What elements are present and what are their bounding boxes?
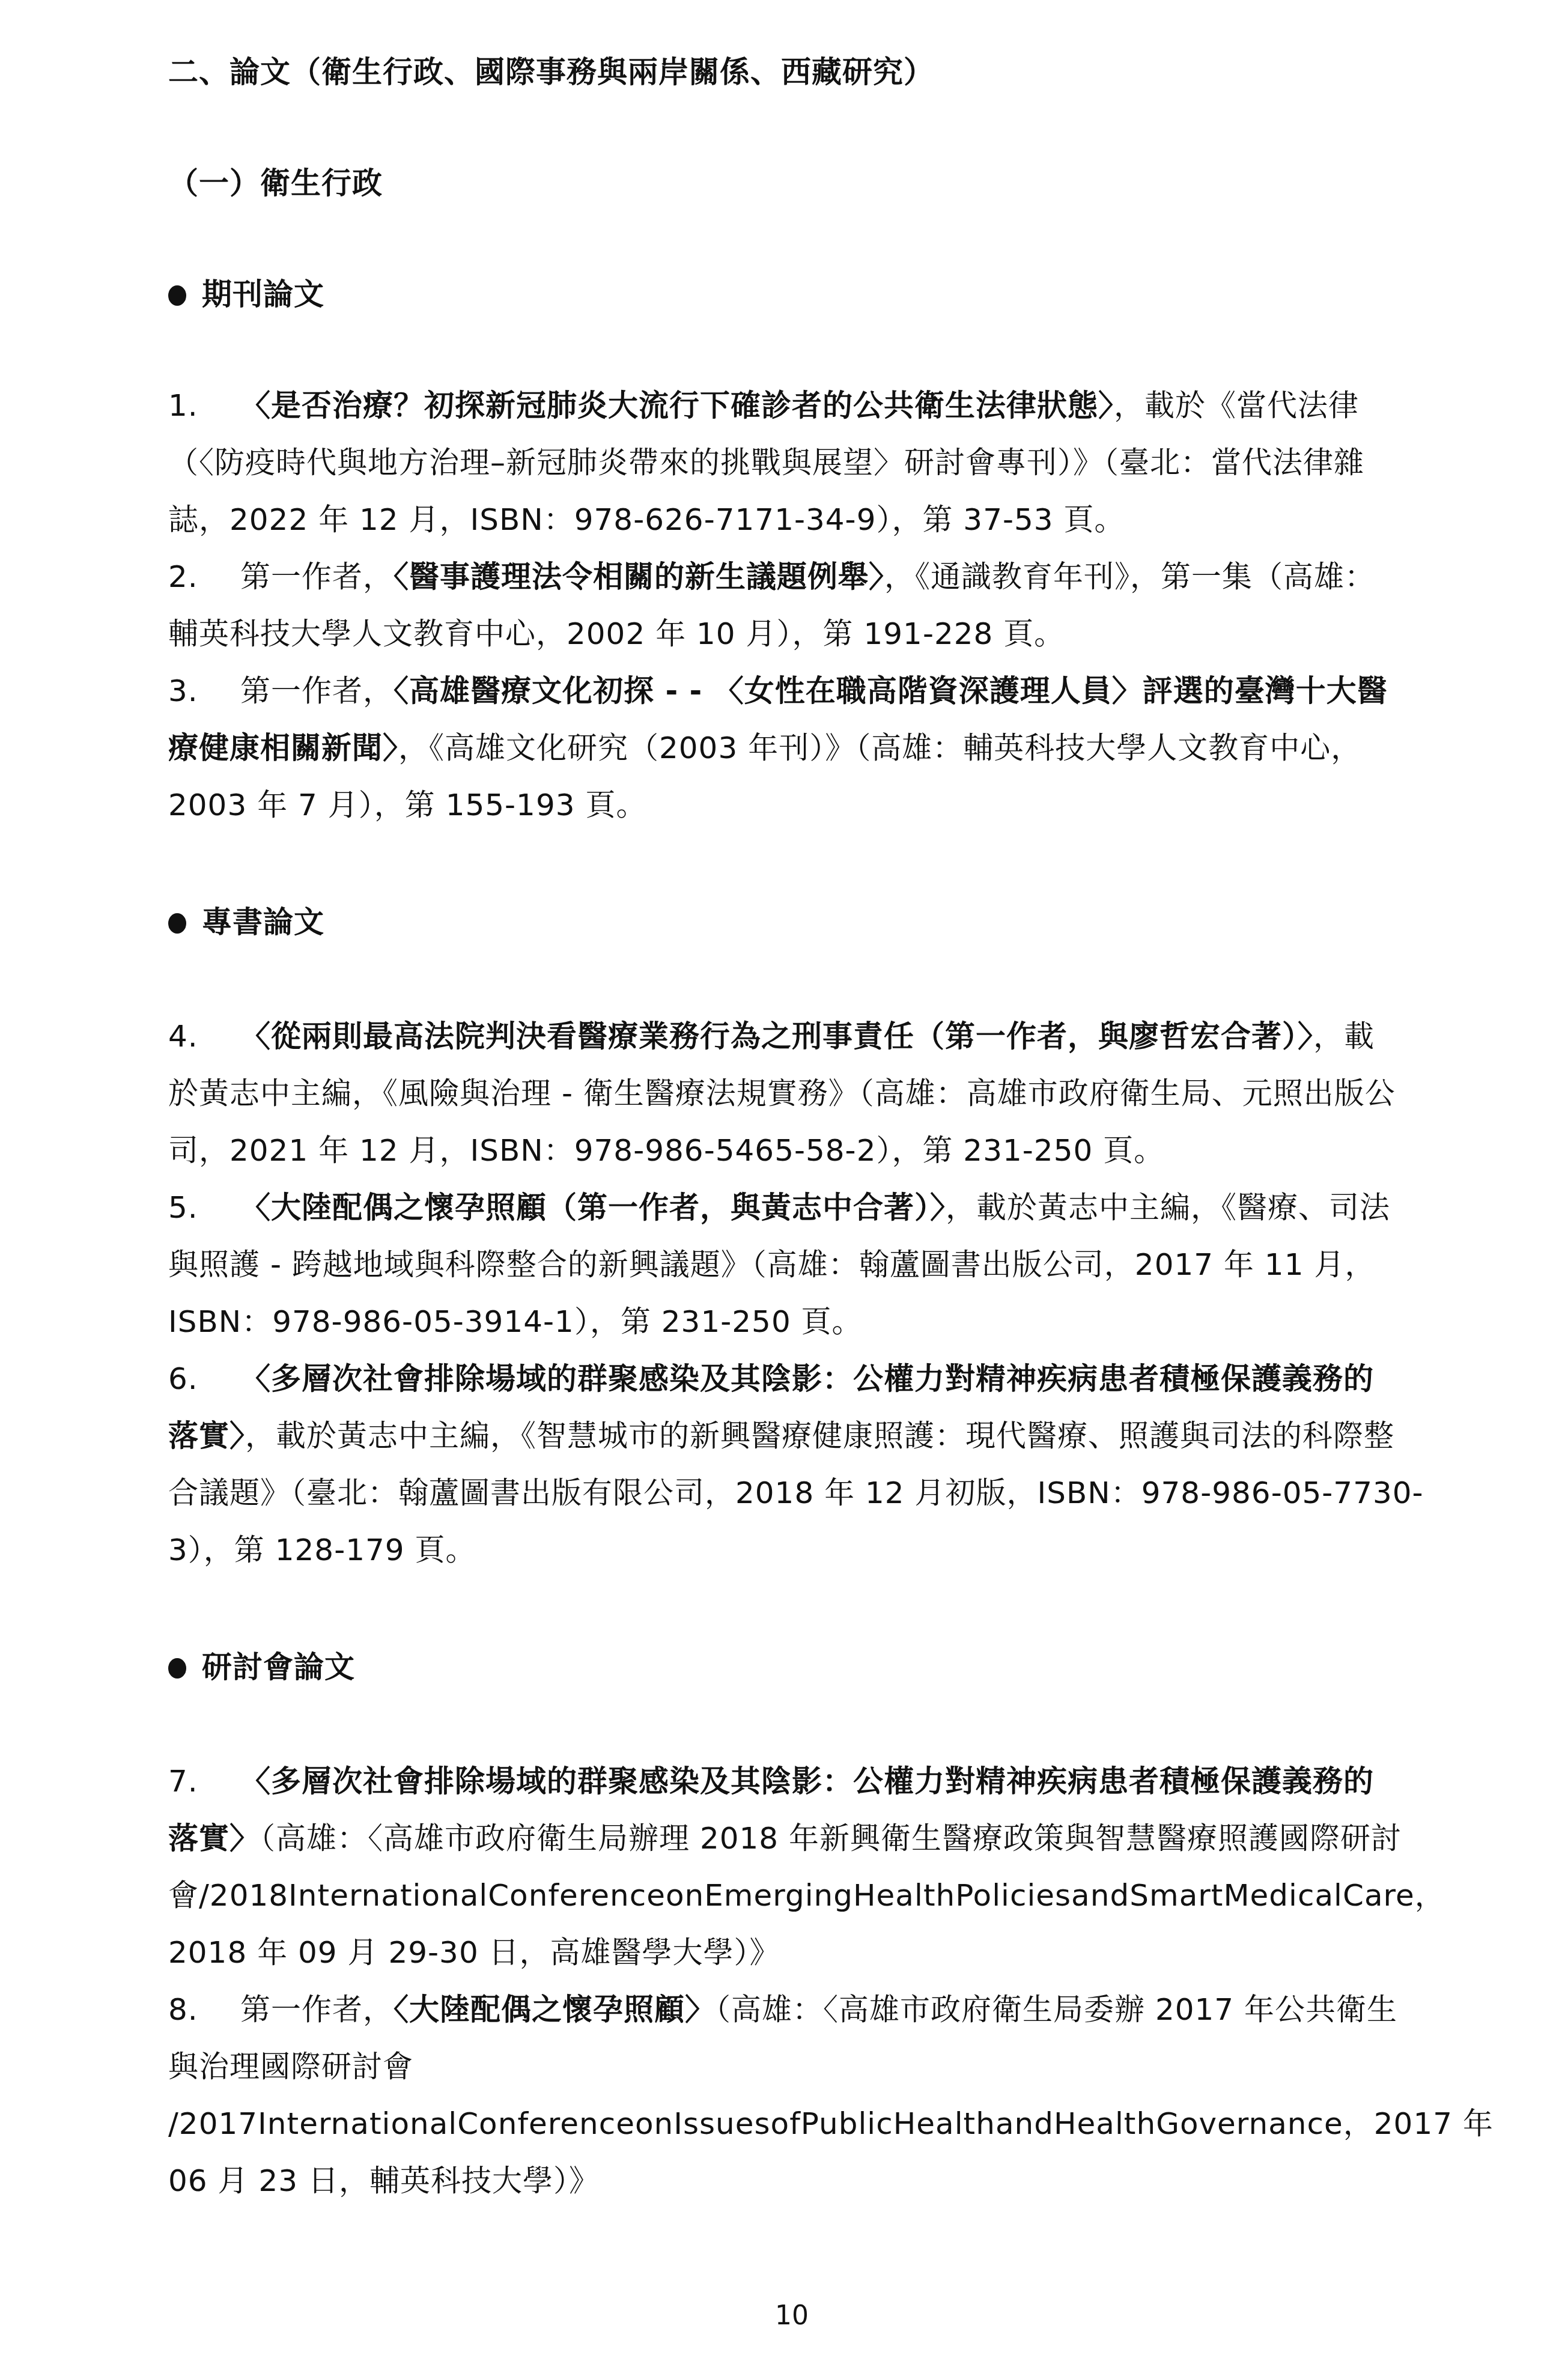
entry-text: 輔英科技大學人文教育中心，2002 年 10 月），第 191-228 頁。 — [168, 616, 1065, 651]
entry-prefix: 第一作者， — [240, 559, 394, 594]
entry-text: 合議題》（臺北：翰蘆圖書出版有限公司，2018 年 12 月初版，ISBN：97… — [168, 1475, 1424, 1510]
entry-text: 於黃志中主編，《風險與治理 - 衛生醫療法規實務》（高雄：高雄市政府衛生局、元照… — [168, 1076, 1396, 1111]
category-label: 專書論文 — [202, 905, 324, 940]
entry-4-line-3: 司，2021 年 12 月，ISBN：978-986-5465-58-2），第 … — [168, 1132, 1164, 1168]
entry-3-line-3: 2003 年 7 月），第 155-193 頁。 — [168, 787, 646, 823]
bullet-icon — [168, 913, 186, 934]
entry-text: 司，2021 年 12 月，ISBN：978-986-5465-58-2），第 … — [168, 1133, 1164, 1168]
entry-6-line-4: 3），第 128-179 頁。 — [168, 1532, 476, 1568]
entry-text: ，載於黃志中主編，《智慧城市的新興醫療健康照護：現代醫療、照護與司法的科際整 — [245, 1418, 1394, 1453]
entry-6-line-1: 6.〈多層次社會排除場域的群聚感染及其陰影：公權力對精神疾病患者積極保護義務的 — [168, 1361, 1374, 1397]
entry-number: 8. — [168, 1992, 240, 2028]
entry-title: 〈大陸配偶之懷孕照顧〉 — [394, 1992, 716, 2027]
entry-7-line-3: 會/2018InternationalConferenceonEmergingH… — [168, 1877, 1445, 1913]
page-number: 10 — [775, 2301, 809, 2331]
entry-text: ，《通識教育年刊》，第一集（高雄： — [884, 559, 1375, 594]
entry-number: 1. — [168, 387, 240, 424]
category-label: 期刊論文 — [202, 277, 324, 312]
entry-4-line-2: 於黃志中主編，《風險與治理 - 衛生醫療法規實務》（高雄：高雄市政府衛生局、元照… — [168, 1075, 1396, 1111]
entry-title: 落實〉 — [168, 1418, 245, 1453]
entry-number: 6. — [168, 1361, 240, 1397]
entry-text: 誌，2022 年 12 月，ISBN：978-626-7171-34-9），第 … — [168, 502, 1125, 537]
entry-5-line-1: 5.〈大陸配偶之懷孕照顧（第一作者，與黃志中合著）〉，載於黃志中主編，《醫療、司… — [168, 1190, 1390, 1226]
entry-text: 與治理國際研討會 — [168, 2049, 413, 2084]
entry-title: 落實〉 — [168, 1821, 260, 1856]
entry-title: 〈醫事護理法令相關的新生議題例舉〉 — [394, 559, 884, 594]
entry-title: 〈多層次社會排除場域的群聚感染及其陰影：公權力對精神疾病患者積極保護義務的 — [240, 1764, 1374, 1799]
category-label: 研討會論文 — [202, 1650, 355, 1685]
entry-text: 3），第 128-179 頁。 — [168, 1533, 476, 1567]
entry-2-line-2: 輔英科技大學人文教育中心，2002 年 10 月），第 191-228 頁。 — [168, 616, 1065, 652]
entry-6-line-2: 落實〉，載於黃志中主編，《智慧城市的新興醫療健康照護：現代醫療、照護與司法的科際… — [168, 1418, 1394, 1454]
entry-title: 〈從兩則最高法院判決看醫療業務行為之刑事責任（第一作者，與廖哲宏合著）〉 — [240, 1019, 1313, 1054]
entry-7-line-2: 落實〉（高雄：〈高雄市政府衛生局辦理 2018 年新興衛生醫療政策與智慧醫療照護… — [168, 1820, 1402, 1856]
entry-8-line-1: 8.第一作者，〈大陸配偶之懷孕照顧〉（高雄：〈高雄市政府衛生局委辦 2017 年… — [168, 1992, 1397, 2028]
document-page: 二、論文（衛生行政、國際事務與兩岸關係、西藏研究） （一）衛生行政 期刊論文 1… — [0, 0, 1568, 2361]
entry-7-line-1: 7.〈多層次社會排除場域的群聚感染及其陰影：公權力對精神疾病患者積極保護義務的 — [168, 1763, 1374, 1799]
entry-title: 〈是否治療？初探新冠肺炎大流行下確診者的公共衛生法律狀態〉 — [240, 388, 1114, 423]
entry-text: （〈防疫時代與地方治理–新冠肺炎帶來的挑戰與展望〉研討會專刊）》（臺北：當代法律… — [168, 445, 1364, 480]
entry-text: ，載 — [1313, 1019, 1375, 1054]
entry-1-line-2: （〈防疫時代與地方治理–新冠肺炎帶來的挑戰與展望〉研討會專刊）》（臺北：當代法律… — [168, 445, 1364, 481]
bullet-icon — [168, 285, 186, 306]
entry-text: /2017InternationalConferenceonIssuesofPu… — [168, 2106, 1494, 2141]
entry-number: 5. — [168, 1190, 240, 1226]
entry-title: 〈大陸配偶之懷孕照顧（第一作者，與黃志中合著）〉 — [240, 1190, 946, 1225]
category-heading-book-chapter: 專書論文 — [168, 904, 324, 940]
entry-text: 2003 年 7 月），第 155-193 頁。 — [168, 788, 646, 822]
section-title: 二、論文（衛生行政、國際事務與兩岸關係、西藏研究） — [168, 54, 934, 90]
entry-1-line-1: 1.〈是否治療？初探新冠肺炎大流行下確診者的公共衛生法律狀態〉，載於《當代法律 — [168, 387, 1359, 424]
entry-text: 2018 年 09 月 29-30 日，高雄醫學大學）》 — [168, 1935, 780, 1970]
entry-8-line-3: /2017InternationalConferenceonIssuesofPu… — [168, 2106, 1494, 2142]
entry-text: 與照護 - 跨越地域與科際整合的新興議題》（高雄：翰蘆圖書出版公司，2017 年… — [168, 1247, 1375, 1282]
subsection-title: （一）衛生行政 — [168, 165, 383, 201]
entry-6-line-3: 合議題》（臺北：翰蘆圖書出版有限公司，2018 年 12 月初版，ISBN：97… — [168, 1475, 1424, 1511]
entry-prefix: 第一作者， — [240, 673, 394, 708]
entry-1-line-3: 誌，2022 年 12 月，ISBN：978-626-7171-34-9），第 … — [168, 502, 1125, 538]
entry-prefix: 第一作者， — [240, 1992, 394, 2027]
entry-text: 會/2018InternationalConferenceonEmergingH… — [168, 1878, 1445, 1913]
entry-8-line-4: 06 月 23 日，輔英科技大學）》 — [168, 2163, 600, 2199]
category-heading-journal: 期刊論文 — [168, 276, 324, 312]
entry-title: 〈高雄醫療文化初探 - - 〈女性在職高階資深護理人員〉評選的臺灣十大醫 — [394, 673, 1388, 708]
entry-5-line-3: ISBN：978-986-05-3914-1），第 231-250 頁。 — [168, 1304, 863, 1340]
entry-number: 3. — [168, 673, 240, 709]
entry-number: 2. — [168, 559, 240, 595]
entry-text: ，《高雄文化研究（2003 年刊）》（高雄：輔英科技大學人文教育中心， — [398, 731, 1361, 765]
entry-text: （高雄：〈高雄市政府衛生局委辦 2017 年公共衛生 — [716, 1992, 1397, 2027]
bullet-icon — [168, 1658, 186, 1679]
entry-3-line-2: 療健康相關新聞〉，《高雄文化研究（2003 年刊）》（高雄：輔英科技大學人文教育… — [168, 730, 1361, 766]
entry-number: 4. — [168, 1018, 240, 1054]
entry-number: 7. — [168, 1763, 240, 1799]
entry-8-line-2: 與治理國際研討會 — [168, 2049, 413, 2085]
entry-text: 06 月 23 日，輔英科技大學）》 — [168, 2163, 600, 2198]
entry-title: 療健康相關新聞〉 — [168, 731, 398, 765]
entry-title: 〈多層次社會排除場域的群聚感染及其陰影：公權力對精神疾病患者積極保護義務的 — [240, 1361, 1374, 1396]
entry-7-line-4: 2018 年 09 月 29-30 日，高雄醫學大學）》 — [168, 1934, 780, 1971]
category-heading-conference: 研討會論文 — [168, 1649, 355, 1685]
entry-5-line-2: 與照護 - 跨越地域與科際整合的新興議題》（高雄：翰蘆圖書出版公司，2017 年… — [168, 1247, 1375, 1283]
entry-4-line-1: 4.〈從兩則最高法院判決看醫療業務行為之刑事責任（第一作者，與廖哲宏合著）〉，載 — [168, 1018, 1375, 1054]
entry-text: （高雄：〈高雄市政府衛生局辦理 2018 年新興衛生醫療政策與智慧醫療照護國際研… — [260, 1821, 1402, 1856]
entry-3-line-1: 3.第一作者，〈高雄醫療文化初探 - - 〈女性在職高階資深護理人員〉評選的臺灣… — [168, 673, 1388, 709]
entry-2-line-1: 2.第一作者，〈醫事護理法令相關的新生議題例舉〉，《通識教育年刊》，第一集（高雄… — [168, 559, 1375, 595]
entry-text: ISBN：978-986-05-3914-1），第 231-250 頁。 — [168, 1304, 863, 1339]
entry-text: ，載於《當代法律 — [1114, 388, 1359, 423]
entry-text: ，載於黃志中主編，《醫療、司法 — [946, 1190, 1390, 1225]
